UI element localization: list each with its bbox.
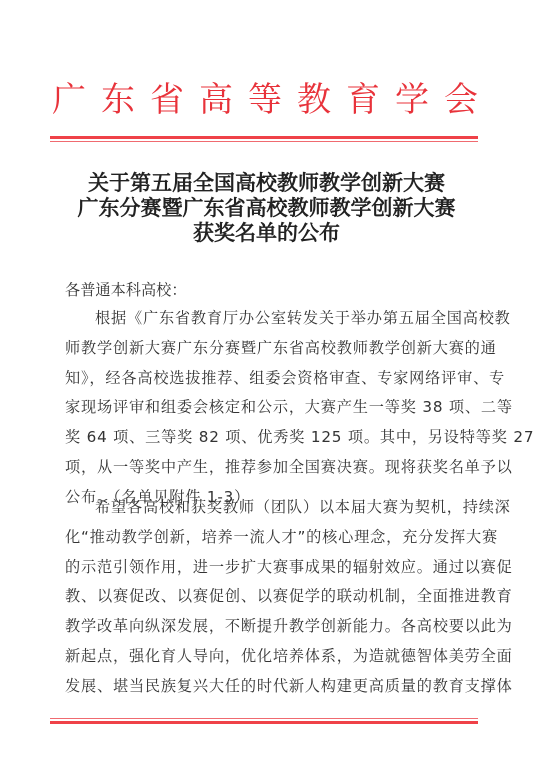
paragraph-line: 项，从一等奖中产生，推荐参加全国赛决赛。现将获奖名单予以 [65,453,473,483]
paragraph-line: 奖 64 项、三等奖 82 项、优秀奖 125 项。其中，另设特等奖 27 [65,423,473,453]
org-char: 教 [295,78,333,122]
org-char: 东 [99,78,137,122]
org-char: 育 [344,78,382,122]
paragraph-line: 教学改革向纵深发展，不断提升教学创新能力。各高校要以此为 [65,612,473,642]
org-char: 广 [50,78,88,122]
salutation: 各普通本科高校： [65,280,473,300]
title-line: 获奖名单的公布 [0,220,533,245]
header-rule-thick [50,136,478,139]
paragraph-announcement: 根据《广东省教育厅办公室转发关于举办第五届全国高校教 师教学创新大赛广东分赛暨广… [65,304,473,513]
title-line: 广东分赛暨广东省高校教师教学创新大赛 [0,195,533,220]
footer-rule-thick [50,721,478,724]
org-char: 会 [442,78,480,122]
org-char: 省 [148,78,186,122]
org-char: 高 [197,78,235,122]
document-title: 关于第五届全国高校教师教学创新大赛 广东分赛暨广东省高校教师教学创新大赛 获奖名… [0,170,533,245]
title-line: 关于第五届全国高校教师教学创新大赛 [0,170,533,195]
paragraph-line: 师教学创新大赛广东分赛暨广东省高校教师教学创新大赛的通 [65,334,473,364]
org-char: 等 [246,78,284,122]
org-char: 学 [393,78,431,122]
paragraph-line: 化“推动教学创新，培养一流人才”的核心理念，充分发挥大赛 [65,523,473,553]
paragraph-line: 家现场评审和组委会核定和公示，大赛产生一等奖 38 项、二等 [65,393,473,423]
paragraph-line: 教、以赛促改、以赛促创、以赛促学的联动机制，全面推进教育 [65,582,473,612]
header-rule-thin [50,141,478,142]
paragraph-line: 发展、堪当民族复兴大任的时代新人构建更高质量的教育支撑体 [65,672,473,702]
paragraph-expectations: 希望各高校和获奖教师（团队）以本届大赛为契机，持续深 化“推动教学创新，培养一流… [65,493,473,702]
paragraph-line: 根据《广东省教育厅办公室转发关于举办第五届全国高校教 [65,304,473,334]
paragraph-line: 知》，经各高校选拔推荐、组委会资格审查、专家网络评审、专 [65,364,473,394]
paragraph-line: 希望各高校和获奖教师（团队）以本届大赛为契机，持续深 [65,493,473,523]
footer-rule-thin [50,718,478,719]
organization-title: 广 东 省 高 等 教 育 学 会 [50,78,480,122]
paragraph-line: 的示范引领作用，进一步扩大赛事成果的辐射效应。通过以赛促 [65,553,473,583]
paragraph-line: 新起点，强化育人导向，优化培养体系，为造就德智体美劳全面 [65,642,473,672]
